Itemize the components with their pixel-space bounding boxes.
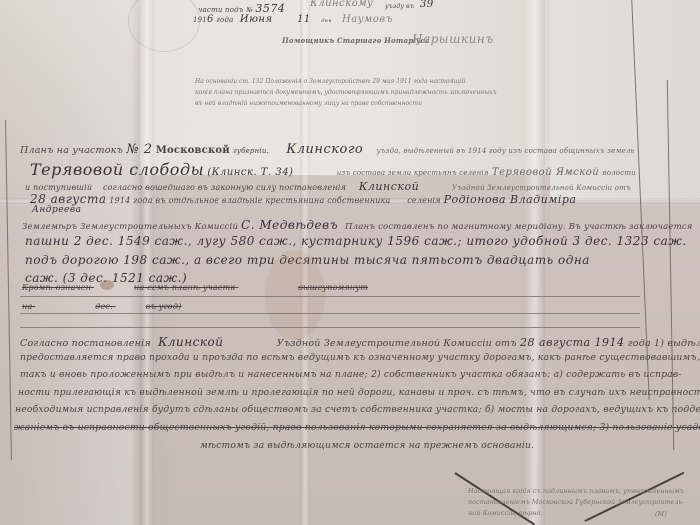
header-top-handwriting: Клинскому: [310, 0, 373, 9]
footer-note-line-3: ной Комиссіи, вѣрна.: [468, 509, 543, 517]
cross-out-stroke: [585, 472, 685, 522]
preamble-line-3: въ ней владѣній нижепоименованному лицу …: [195, 100, 422, 107]
resolution-line-1: Согласно постановленія Клинской Уъздной …: [20, 335, 700, 349]
header-date: 1916 года Июня 11 дня Наумовъ: [193, 14, 393, 25]
preamble-line-2: копія плана признается документомъ, удос…: [195, 89, 497, 96]
resolution-line-5: необходимыя исправленія будутъ сдѣланы о…: [15, 404, 700, 415]
struck-line-1: Кромѣ означен на семъ планѣ участк вышеу…: [22, 283, 368, 292]
body-line-1: Планъ на участокъ № 2 Московской губерні…: [20, 142, 635, 157]
frame-left-line: [5, 120, 12, 460]
header-uezd-label: уъзду въ: [385, 3, 414, 10]
rule-line: [20, 313, 640, 314]
notary-label: Помощникъ Старшаго Нотаріуса: [282, 36, 430, 45]
body-line-5: Андреева: [32, 205, 81, 215]
notary-signature: Нарышкинъ: [412, 32, 494, 46]
preamble-line-1: На основаніи ст. 132 Положенія о Землеус…: [195, 78, 465, 85]
body-line-6: Землемѣръ Землеустроительныхъ Комиссій С…: [22, 218, 693, 232]
rule-line: [20, 296, 640, 297]
footer-note-line-1: Настоящая копія съ подлиннымъ планомъ, у…: [468, 487, 684, 495]
rule-line: [20, 327, 640, 328]
body-line-4: 28 августа 1914 года въ отдѣльное владѣн…: [30, 192, 576, 206]
body-line-7-areas: пашни 2 дес. 1549 саж., лугу 580 саж., к…: [25, 234, 687, 248]
struck-line-2: на дес. въ угод): [22, 302, 181, 311]
footer-note-line-2: постановленіемъ Московской Губернской Зе…: [468, 498, 684, 506]
footer-note-mark: (М): [655, 510, 667, 518]
document-photo: части подъ № 3574 Клинскому уъзду въ 39 …: [0, 0, 700, 525]
body-line-2: Терявовой слободы (Клинск. Т. 34) изъ со…: [30, 160, 636, 179]
resolution-line-7: мѣстомъ за выдѣляющимся остается на преж…: [200, 440, 534, 451]
resolution-line-4: ности прилегающія къ выдѣленной землѣ и …: [18, 387, 700, 398]
resolution-line-3: такъ и вновь проложеннымъ при выдѣлъ и н…: [20, 369, 682, 380]
resolution-line-2: предоставляется право прохода и проъзда …: [20, 352, 700, 363]
resolution-line-6: жаніемъ въ исправности общественныхъ уго…: [14, 422, 700, 433]
header-uezd-value: 39: [420, 0, 434, 10]
